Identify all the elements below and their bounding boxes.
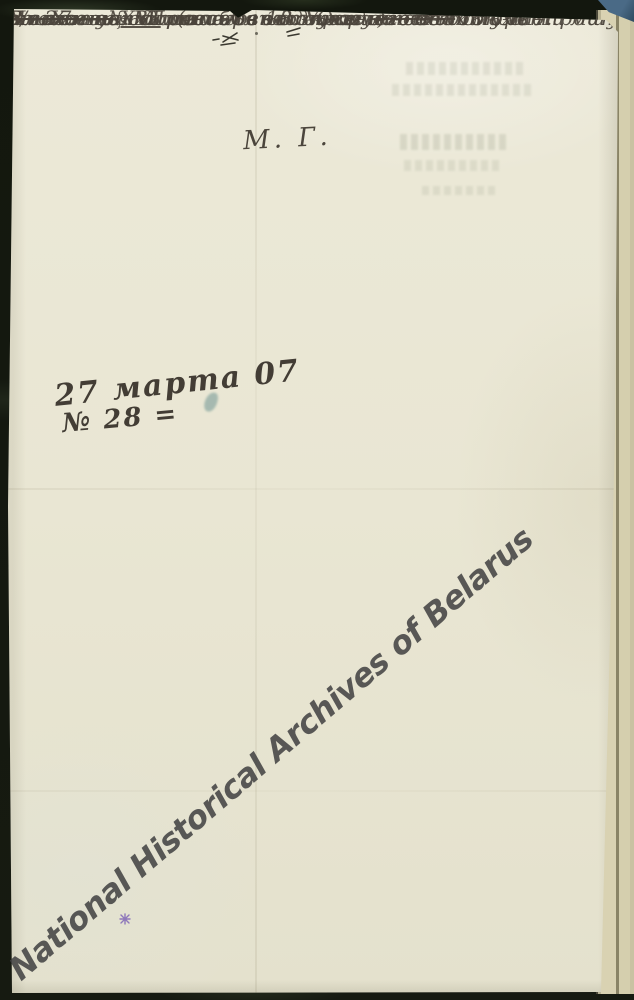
letter-body-line: тѣмъ увѣдомить: [8, 6, 232, 30]
letter-salutation: М. Г.: [242, 122, 332, 157]
horizontal-fold-crease: [8, 790, 620, 792]
scanned-archival-document: { "watermark": { "text": "National Histo…: [0, 0, 634, 1000]
letterhead-bleedthrough: [422, 186, 498, 195]
horizontal-fold-crease: [8, 488, 620, 490]
purple-mark-icon: [118, 912, 132, 926]
letterhead-bleedthrough: [406, 62, 524, 75]
ink-speck: [255, 32, 258, 35]
paper-edge-shading: [8, 6, 620, 994]
letterhead-bleedthrough: [400, 134, 508, 150]
ink-mark-icon: [211, 28, 247, 50]
letterhead-bleedthrough: [392, 84, 534, 96]
document-page: М. Г. Вмѣстѣ со симъ въ двухъ мѣстахъ за…: [8, 6, 620, 994]
letterhead-bleedthrough: [404, 160, 500, 171]
